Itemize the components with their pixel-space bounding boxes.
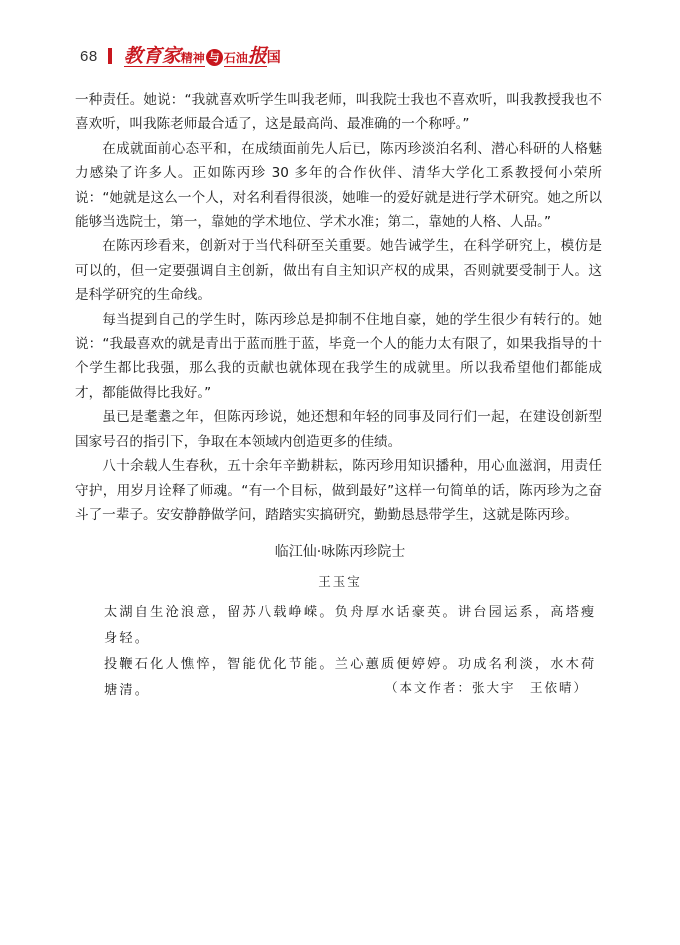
paragraph: 虽已是耄耋之年，但陈丙珍说，她还想和年轻的同事及同行们一起，在建设创新型国家号召… <box>75 405 602 454</box>
page-number: 68 <box>80 48 98 65</box>
brand-text-5: 国 <box>267 50 281 67</box>
paragraph: 八十余载人生春秋，五十余年辛勤耕耘，陈丙珍用知识播种，用心血滋润，用责任守护，用… <box>75 454 602 527</box>
paragraph: 在成就面前心态平和，在成绩面前先人后已，陈丙珍淡泊名利、潜心科研的人格魅力感染了… <box>75 137 602 235</box>
brand-text-3: 石油 <box>224 50 248 67</box>
article-body: 一种责任。她说：“我就喜欢听学生叫我老师，叫我院士我也不喜欢听，叫我教授我也不喜… <box>75 88 602 527</box>
paragraph: 一种责任。她说：“我就喜欢听学生叫我老师，叫我院士我也不喜欢听，叫我教授我也不喜… <box>75 88 602 137</box>
poem-author: 王玉宝 <box>0 572 680 590</box>
brand-connector-badge: 与 <box>206 49 223 66</box>
page-header: 68 教育家 精神 与 石油 报 国 <box>80 44 281 68</box>
brand-text-4: 报 <box>248 46 267 67</box>
brand-text-2: 精神 <box>181 50 205 67</box>
header-divider <box>108 48 112 64</box>
poem-line: 太湖自生沧浪意，留苏八载峥嵘。负舟厚水话豪英。讲台园运系，高塔瘦身轻。 <box>104 600 604 652</box>
brand-text-1: 教育家 <box>124 46 181 67</box>
paragraph: 在陈丙珍看来，创新对于当代科研至关重要。她告诫学生，在科学研究上，模仿是可以的，… <box>75 234 602 307</box>
poem-title: 临江仙·咏陈丙珍院士 <box>0 541 680 561</box>
book-title-logo: 教育家 精神 与 石油 报 国 <box>124 46 281 67</box>
author-credit: （本文作者：张大宇 王依晴） <box>385 678 588 696</box>
paragraph: 每当提到自己的学生时，陈丙珍总是抑制不住地自豪，她的学生很少有转行的。她说：“我… <box>75 308 602 406</box>
